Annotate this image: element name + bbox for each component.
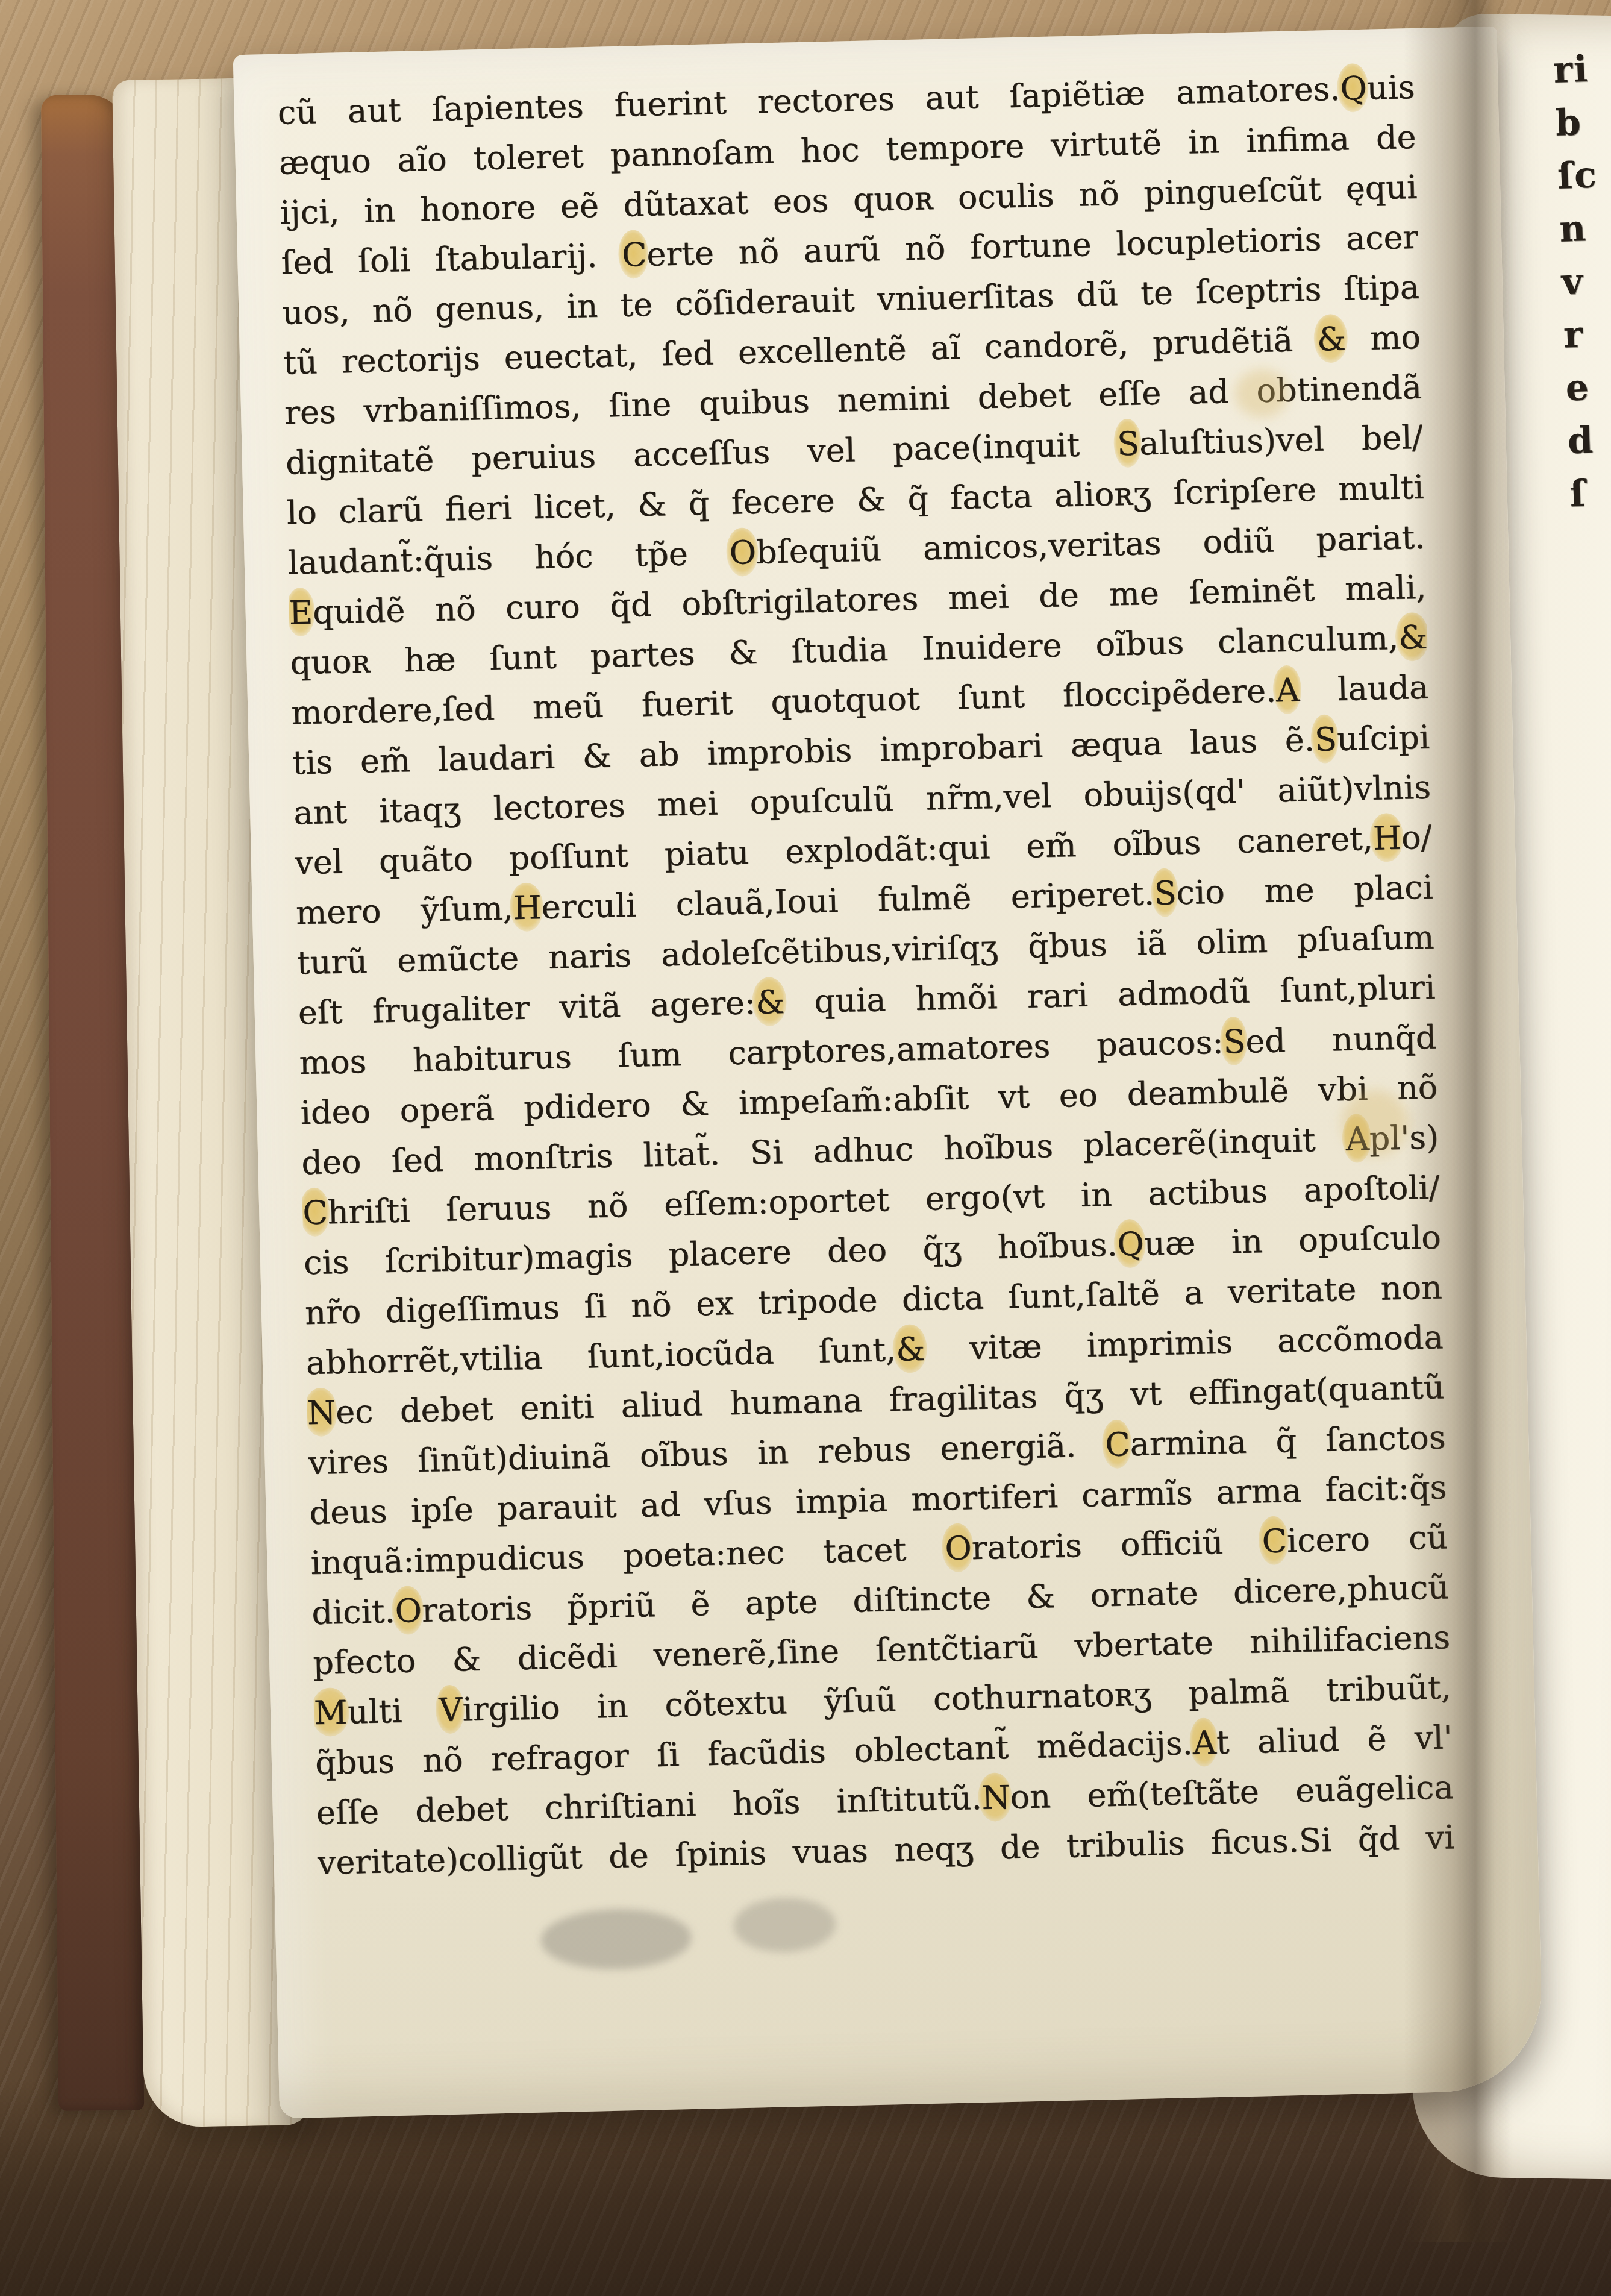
rubricated-capital: Q <box>1339 63 1367 114</box>
rubricated-capital: V <box>438 1684 463 1735</box>
text-block: cũ aut ſapientes fuerint rectores aut ſa… <box>277 62 1455 1888</box>
text-segment: lauda <box>1299 668 1428 709</box>
text-segment: laudant̃:q̃uis hóc tp̃e <box>287 534 730 582</box>
rubricated-capital: M <box>313 1687 348 1738</box>
rubricated-capital: A <box>1192 1717 1217 1768</box>
text-segment: ulti <box>347 1691 439 1731</box>
rubricated-capital: C <box>302 1187 328 1238</box>
rubricated-capital: A <box>1275 665 1300 715</box>
text-segment: mero ỹſum, <box>295 889 513 932</box>
text-segment: inquã:impudicus poeta:nec tacet <box>310 1529 945 1582</box>
text-segment: ratoris officiũ <box>971 1522 1262 1567</box>
text-segment: ſed ſoli ſtabularij. <box>281 236 622 282</box>
rubricated-capital: C <box>621 230 647 280</box>
text-segment: aluſtius)vel bel/ <box>1139 418 1423 463</box>
text-segment: o/ <box>1401 818 1432 857</box>
text-segment: pl's) <box>1369 1118 1439 1158</box>
rubricated-capital: E <box>289 588 313 638</box>
ink-smudge <box>540 1907 692 1971</box>
facing-page-text-fragments: ribſcnvredſ <box>1553 39 1611 521</box>
facing-page-fragment: n <box>1559 198 1611 256</box>
facing-page-fragment: ri <box>1553 39 1611 96</box>
text-segment: bſequiũ amicos,veritas odiũ pariat. <box>755 518 1425 571</box>
facing-page-fragment: e <box>1565 357 1611 415</box>
text-segment: eſt frugaliter vitã agere: <box>298 983 756 1032</box>
rubricated-capital: C <box>1104 1419 1130 1470</box>
text-segment: dicit. <box>311 1592 396 1632</box>
text-segment: uſcipi <box>1336 718 1430 758</box>
text-segment: uæ in opuſculo <box>1143 1218 1441 1262</box>
rubricated-capital: & <box>755 977 785 1027</box>
facing-page-fragment: r <box>1563 304 1611 362</box>
text-segment: on em̃(teſtãte euãgelica <box>1010 1768 1454 1816</box>
rubricated-capital: H <box>1372 813 1402 864</box>
rubricated-capital: O <box>395 1586 422 1636</box>
rubricated-capital: N <box>981 1772 1010 1823</box>
facing-page-fragment: ſ <box>1569 463 1611 521</box>
text-segment: eſſe debet chriſtiani hoĩs inſtitutũ. <box>316 1779 982 1832</box>
text-segment: uis <box>1366 68 1415 107</box>
rubricated-capital: C <box>1262 1516 1287 1566</box>
rubricated-capital: & <box>1398 612 1428 663</box>
rubricated-capital: O <box>729 527 757 578</box>
rubricated-capital: S <box>1116 418 1140 469</box>
rubricated-capital: S <box>1222 1017 1246 1067</box>
rubricated-capital: S <box>1314 714 1337 765</box>
facing-page-fragment: ſc <box>1556 145 1611 202</box>
facing-page-fragment: b <box>1554 92 1611 149</box>
text-segment: ed nunq̃d <box>1245 1018 1437 1060</box>
text-segment: icero cũ <box>1286 1518 1448 1560</box>
rubricated-capital: H <box>513 882 542 933</box>
rubricated-capital: N <box>307 1387 336 1438</box>
facing-page-fragment: v <box>1560 251 1611 309</box>
rubricated-capital: O <box>944 1523 972 1573</box>
text-segment: cio me placi <box>1176 868 1433 912</box>
text-segment: armina q̃ ſanctos <box>1130 1418 1446 1463</box>
rubricated-capital: Q <box>1117 1219 1145 1270</box>
rubricated-capital: S <box>1154 868 1177 918</box>
text-segment: abhorrẽt,vtilia ſunt,iocũda ſunt, <box>305 1331 896 1382</box>
text-segment: quia hmõi rari admodũ ſunt,pluri <box>784 968 1436 1021</box>
text-segment: vitæ imprimis accõmoda <box>924 1318 1444 1368</box>
facing-page-fragment: d <box>1566 410 1611 468</box>
text-segment: t aliud ẽ vl' <box>1216 1718 1453 1761</box>
rubricated-capital: & <box>895 1324 925 1375</box>
book-page: cũ aut ſapientes fuerint rectores aut ſa… <box>233 27 1544 2119</box>
text-segment: mo <box>1345 318 1421 358</box>
book-photo-scene: ribſcnvredſ cũ aut ſapientes fuerint rec… <box>0 0 1611 2296</box>
rubricated-capital: & <box>1316 314 1347 365</box>
ink-smudge <box>733 1896 836 1953</box>
text-segment: erculi clauã,Ioui fulmẽ eriperet. <box>541 874 1154 926</box>
rubricated-capital: A <box>1345 1114 1370 1164</box>
